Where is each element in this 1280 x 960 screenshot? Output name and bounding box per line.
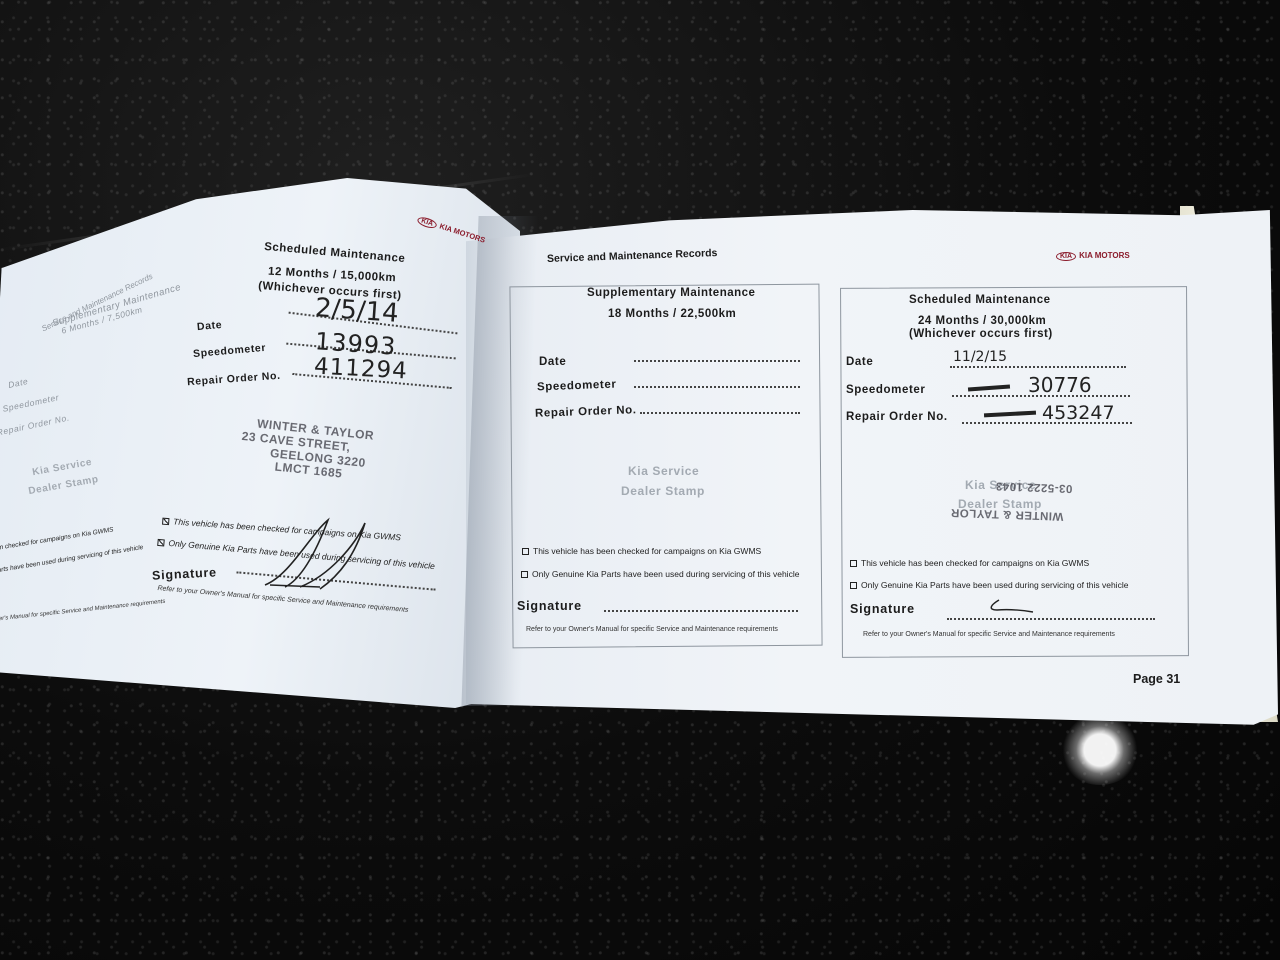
- stamp-placeholder-line2: Dealer Stamp: [621, 484, 705, 498]
- checkbox-icon: [522, 548, 529, 555]
- checkbox-genuine-parts[interactable]: Only Genuine Kia Parts have been used du…: [850, 580, 1128, 590]
- repair-order-label: Repair Order No.: [846, 411, 948, 423]
- record-interval: 18 Months / 22,500km: [608, 308, 736, 320]
- service-booklet: Service and Maintenance Records Suppleme…: [0, 0, 1280, 960]
- checkbox-icon: [521, 571, 528, 578]
- footnote: Refer to your Owner's Manual for specifi…: [526, 626, 778, 633]
- date-field[interactable]: [634, 360, 800, 362]
- date-label: Date: [846, 356, 873, 368]
- repair-order-value[interactable]: 411294: [313, 354, 408, 385]
- signature-label: Signature: [517, 599, 582, 613]
- checkbox-gwms[interactable]: This vehicle has been checked for campai…: [522, 546, 761, 556]
- record-type: Scheduled Maintenance: [909, 294, 1051, 306]
- record-interval: 24 Months / 30,000km: [918, 315, 1046, 327]
- record-qualifier: (Whichever occurs first): [909, 328, 1053, 340]
- signature-label: Signature: [850, 602, 915, 616]
- signature-field[interactable]: [604, 610, 798, 612]
- checkbox-icon: [850, 560, 857, 567]
- checkbox-label: This vehicle has been checked for campai…: [861, 558, 1089, 568]
- speedometer-label: Speedometer: [846, 384, 925, 396]
- date-label: Date: [197, 319, 223, 333]
- kia-motors-logo: KIAKIA MOTORS: [1056, 251, 1130, 261]
- kia-logo-icon: KIA: [1056, 252, 1076, 261]
- signature-line: [947, 618, 1155, 620]
- repair-order-value[interactable]: 453247: [1042, 402, 1115, 424]
- signature-scribble: [260, 515, 370, 595]
- checkbox-checked-icon: [162, 518, 169, 525]
- speedometer-value[interactable]: 30776: [1028, 373, 1092, 397]
- footnote: Refer to your Owner's Manual for specifi…: [863, 631, 1115, 638]
- signature-scribble: [985, 598, 1035, 614]
- checkbox-genuine-parts[interactable]: Only Genuine Kia Parts have been used du…: [521, 569, 799, 579]
- checkbox-label: Only Genuine Kia Parts have been used du…: [861, 580, 1128, 590]
- page-number: Page 31: [1133, 672, 1180, 686]
- repair-order-field[interactable]: [640, 412, 800, 414]
- date-value[interactable]: 11/2/15: [953, 349, 1007, 365]
- date-value[interactable]: 2/5/14: [314, 293, 400, 329]
- checkbox-label: This vehicle has been checked for campai…: [533, 546, 761, 556]
- stamp-placeholder-line1: Kia Service: [628, 464, 699, 478]
- speedometer-field[interactable]: [634, 386, 800, 388]
- date-label: Date: [539, 356, 566, 368]
- record-type: Supplementary Maintenance: [587, 287, 755, 299]
- date-line: [950, 366, 1126, 368]
- checkbox-icon: [850, 582, 857, 589]
- checkbox-gwms[interactable]: This vehicle has been checked for campai…: [850, 558, 1089, 568]
- brand-name: KIA MOTORS: [1079, 251, 1130, 260]
- checkbox-label: Only Genuine Kia Parts have been used du…: [532, 569, 799, 579]
- checkbox-checked-icon: [157, 539, 165, 547]
